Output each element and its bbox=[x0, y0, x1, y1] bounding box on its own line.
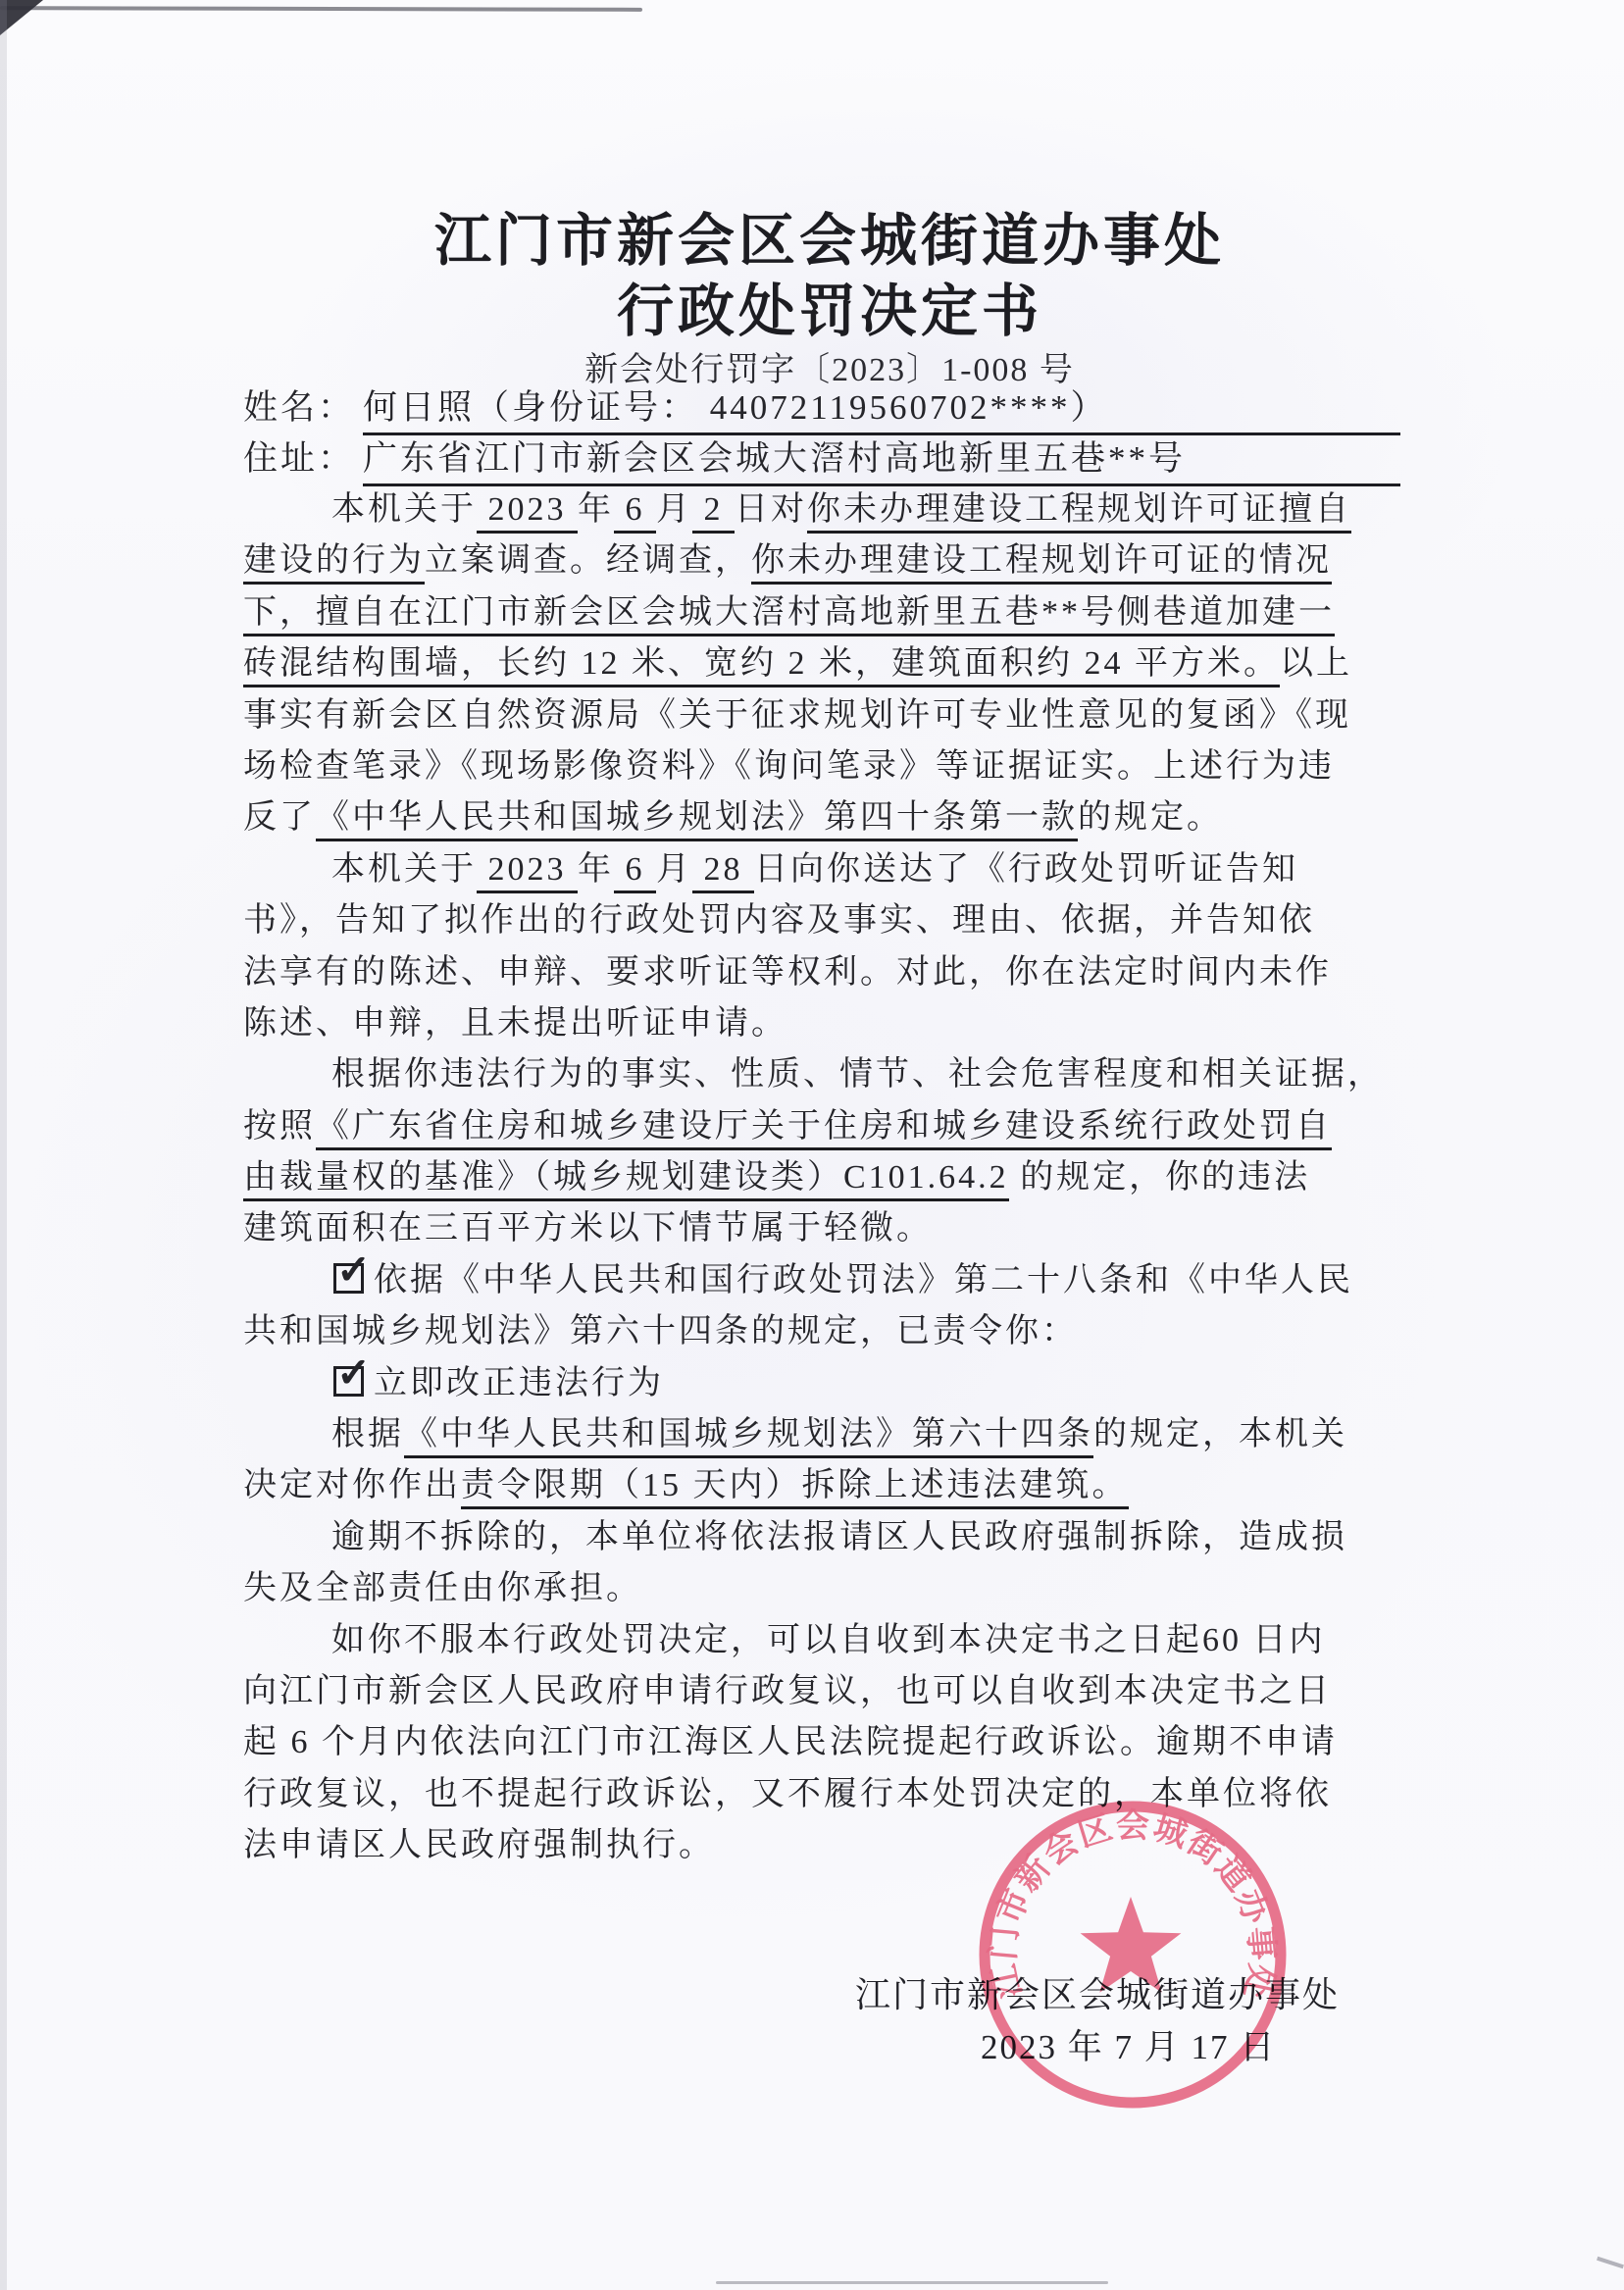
underlined-text: 2 bbox=[692, 491, 735, 534]
underlined-text: 你未办理建设工程规划许可证的情况 bbox=[751, 542, 1332, 585]
checkbox-checked-icon: ✓ bbox=[333, 1263, 364, 1294]
body-text: 法申请区人民政府强制执行。 bbox=[243, 1827, 715, 1863]
body-line: ✓立即改正违法行为 bbox=[243, 1361, 1405, 1412]
body-text: 立即改正违法行为 bbox=[374, 1365, 664, 1401]
body-text: 的规定，本机关 bbox=[1093, 1416, 1347, 1452]
underlined-text: 下，擅自在江门市新会区会城大滘村高地新里五巷**号侧巷道加建一 bbox=[243, 594, 1335, 636]
body-text: 向江门市新会区人民政府申请行政复议，也可以自收到本决定书之日 bbox=[243, 1673, 1332, 1709]
document-title-line2: 行政处罚决定书 bbox=[0, 265, 1624, 347]
underlined-text: 砖混结构围墙，长约 12 米、宽约 2 米，建筑面积约 24 平方米。 bbox=[243, 645, 1280, 687]
body-line: 失及全部责任由你承担。 bbox=[243, 1566, 1405, 1617]
body-line: 共和国城乡规划法》第六十四条的规定，已责令你： bbox=[243, 1309, 1405, 1360]
body-line: 砖混结构围墙，长约 12 米、宽约 2 米，建筑面积约 24 平方米。以上 bbox=[243, 641, 1405, 692]
body-text: 陈述、申辩，且未提出听证申请。 bbox=[243, 1005, 787, 1042]
underlined-text: 6 bbox=[614, 851, 656, 893]
body-text: 建筑面积在三百平方米以下情节属于轻微。 bbox=[243, 1210, 933, 1247]
body-line: 按照《广东省住房和城乡建设厅关于住房和城乡建设系统行政处罚自 bbox=[243, 1104, 1405, 1155]
seal-arc-character: 事 bbox=[1241, 1925, 1281, 1961]
scan-artifact-bottom-smudge bbox=[716, 2281, 1108, 2284]
body-text: 事实有新会区自然资源局《关于征求规划许可专业性意见的复函》《现 bbox=[243, 697, 1351, 734]
body-line: 逾期不拆除的，本单位将依法报请区人民政府强制拆除，造成损 bbox=[243, 1515, 1405, 1566]
seal-arc-character: 门 bbox=[985, 1925, 1025, 1961]
body-text: 根据你违法行为的事实、性质、情节、社会危害程度和相关证据， bbox=[331, 1056, 1384, 1093]
document-body: 本机关于 2023 年 6 月 2 日对你未办理建设工程规划许可证擅自建设的行为… bbox=[243, 487, 1405, 1875]
field-value-underlined: 广东省江门市新会区会城大滘村高地新里五巷**号 bbox=[363, 435, 1400, 486]
body-line: 事实有新会区自然资源局《关于征求规划许可专业性意见的复函》《现 bbox=[243, 693, 1405, 744]
body-line: 由裁量权的基准》（城乡规划建设类）C101.64.2 的规定，你的违法 bbox=[243, 1155, 1405, 1206]
body-text: 书》，告知了拟作出的行政处罚内容及事实、理由、依据，并告知依 bbox=[243, 902, 1315, 939]
underlined-text: 建设的行为 bbox=[243, 542, 425, 585]
body-text: 日对 bbox=[735, 491, 807, 528]
body-line: 陈述、申辩，且未提出听证申请。 bbox=[243, 1001, 1405, 1052]
body-text: 反了 bbox=[243, 799, 316, 836]
field-label: 姓名： bbox=[243, 384, 355, 435]
body-text: 逾期不拆除的，本单位将依法报请区人民政府强制拆除，造成损 bbox=[331, 1519, 1347, 1555]
body-text: 场检查笔录》《现场影像资料》《询问笔录》等证据证实。上述行为违 bbox=[243, 748, 1335, 785]
body-text: 年 bbox=[578, 851, 614, 888]
underlined-text: 由裁量权的基准》（城乡规划建设类）C101.64.2 bbox=[243, 1159, 1009, 1201]
body-text: 立案调查。经调查， bbox=[425, 542, 751, 579]
seal-arc-character: 江 bbox=[987, 1961, 1029, 2002]
body-line: 书》，告知了拟作出的行政处罚内容及事实、理由、依据，并告知依 bbox=[243, 898, 1405, 949]
body-text: 如你不服本行政处罚决定，可以自收到本决定书之日起60 日内 bbox=[331, 1622, 1326, 1658]
body-line: 决定对你作出责令限期（15 天内）拆除上述违法建筑。 bbox=[243, 1463, 1405, 1514]
underlined-text: 《广东省住房和城乡建设厅关于住房和城乡建设系统行政处罚自 bbox=[316, 1108, 1332, 1150]
document-number: 新会处行罚字〔2023〕1-008 号 bbox=[0, 342, 1624, 390]
scanned-document-page: 江门市新会区会城街道办事处 行政处罚决定书 新会处行罚字〔2023〕1-008 … bbox=[0, 0, 1624, 2290]
body-line: 法享有的陈述、申辩、要求听证等权利。对此，你在法定时间内未作 bbox=[243, 950, 1405, 1001]
underlined-text: 责令限期（15 天内）拆除上述违法建筑。 bbox=[461, 1467, 1129, 1509]
body-line: ✓依据《中华人民共和国行政处罚法》第二十八条和《中华人民 bbox=[243, 1258, 1405, 1309]
scan-artifact-bottom-corner bbox=[1597, 2257, 1624, 2268]
body-line: 建筑面积在三百平方米以下情节属于轻微。 bbox=[243, 1206, 1405, 1257]
body-text: 的规定。 bbox=[1078, 799, 1223, 836]
official-seal: 江门市新会区会城街道办事处 bbox=[969, 1793, 1296, 2120]
body-text: 按照 bbox=[243, 1108, 316, 1145]
body-text: 以上 bbox=[1280, 645, 1352, 682]
underlined-text: 你未办理建设工程规划许可证擅自 bbox=[807, 491, 1351, 534]
body-line: 起 6 个月内依法向江门市江海区人民法院提起行政诉讼。逾期不申请 bbox=[243, 1720, 1405, 1771]
underlined-text: 《中华人民共和国城乡规划法》第六十四条 bbox=[404, 1416, 1093, 1458]
field-row: 住址：广东省江门市新会区会城大滘村高地新里五巷**号 bbox=[243, 435, 1400, 486]
seal-arc-character: 会 bbox=[1116, 1807, 1149, 1845]
recipient-fields: 姓名：何日照（身份证号： 44072119560702****）住址：广东省江门… bbox=[243, 384, 1400, 486]
body-line: 下，擅自在江门市新会区会城大滘村高地新里五巷**号侧巷道加建一 bbox=[243, 590, 1405, 641]
body-line: 根据《中华人民共和国城乡规划法》第六十四条的规定，本机关 bbox=[243, 1412, 1405, 1463]
body-line: 向江门市新会区人民政府申请行政复议，也可以自收到本决定书之日 bbox=[243, 1669, 1405, 1720]
body-text: 法享有的陈述、申辩、要求听证等权利。对此，你在法定时间内未作 bbox=[243, 954, 1332, 991]
body-line: 根据你违法行为的事实、性质、情节、社会危害程度和相关证据， bbox=[243, 1052, 1405, 1103]
body-line: 建设的行为立案调查。经调查，你未办理建设工程规划许可证的情况 bbox=[243, 538, 1405, 589]
underlined-text: 2023 bbox=[477, 851, 578, 893]
body-text: 根据 bbox=[331, 1416, 404, 1452]
seal-star-icon bbox=[1081, 1897, 1182, 1993]
body-line: 如你不服本行政处罚决定，可以自收到本决定书之日起60 日内 bbox=[243, 1618, 1405, 1669]
body-text: 的规定，你的违法 bbox=[1009, 1159, 1311, 1196]
body-line: 本机关于 2023 年 6 月 2 日对你未办理建设工程规划许可证擅自 bbox=[243, 487, 1405, 538]
body-text: 起 6 个月内依法向江门市江海区人民法院提起行政诉讼。逾期不申请 bbox=[243, 1724, 1338, 1760]
underlined-text: 2023 bbox=[477, 491, 578, 534]
body-text: 年 bbox=[578, 491, 614, 528]
underlined-text: 6 bbox=[614, 491, 656, 534]
body-text: 本机关于 bbox=[331, 491, 477, 528]
field-value-underlined: 何日照（身份证号： 44072119560702****） bbox=[363, 384, 1400, 435]
body-text: 依据《中华人民共和国行政处罚法》第二十八条和《中华人民 bbox=[374, 1262, 1353, 1298]
scan-artifact-top-line bbox=[0, 6, 642, 12]
body-text: 本机关于 bbox=[331, 851, 477, 888]
body-text: 月 bbox=[656, 851, 692, 888]
body-line: 反了《中华人民共和国城乡规划法》第四十条第一款的规定。 bbox=[243, 795, 1405, 846]
checkbox-checked-icon: ✓ bbox=[333, 1366, 364, 1397]
field-row: 姓名：何日照（身份证号： 44072119560702****） bbox=[243, 384, 1400, 435]
body-line: 本机关于 2023 年 6 月 28 日向你送达了《行政处罚听证告知 bbox=[243, 847, 1405, 898]
field-label: 住址： bbox=[243, 435, 355, 486]
underlined-text: 28 bbox=[692, 851, 754, 893]
body-text: 共和国城乡规划法》第六十四条的规定，已责令你： bbox=[243, 1313, 1078, 1349]
seal-arc-character: 处 bbox=[1237, 1961, 1280, 2002]
body-line: 场检查笔录》《现场影像资料》《询问笔录》等证据证实。上述行为违 bbox=[243, 744, 1405, 795]
body-text: 日向你送达了《行政处罚听证告知 bbox=[754, 851, 1298, 888]
underlined-text: 《中华人民共和国城乡规划法》第四十条第一款 bbox=[316, 799, 1078, 841]
body-text: 决定对你作出 bbox=[243, 1467, 461, 1503]
body-text: 月 bbox=[656, 491, 692, 528]
body-text: 失及全部责任由你承担。 bbox=[243, 1570, 642, 1606]
